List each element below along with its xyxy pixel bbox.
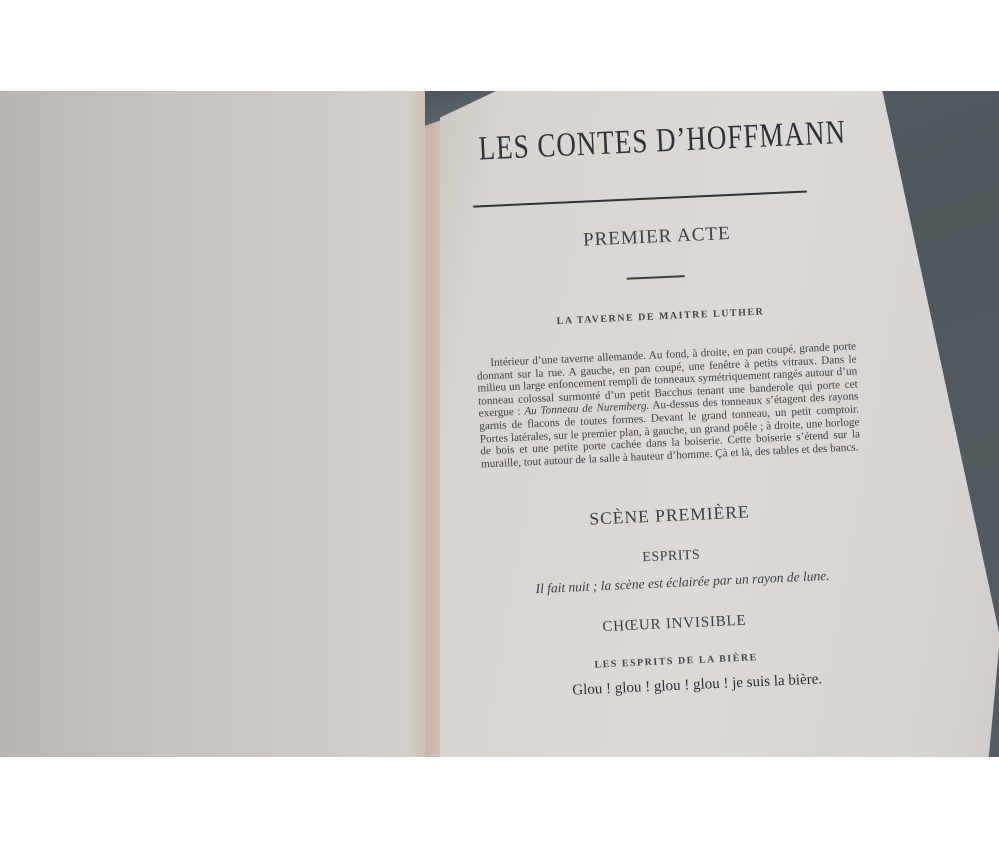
right-page-text: LES CONTES D’HOFFMANN PREMIER ACTE LA TA… — [440, 91, 990, 756]
book-photo: LES CONTES D’HOFFMANN PREMIER ACTE LA TA… — [0, 91, 999, 757]
setting-title: LA TAVERNE DE MAITRE LUTHER — [450, 302, 870, 332]
character-name-choeur: CHŒUR INVISIBLE — [464, 606, 884, 642]
running-head: LES CONTES D’HOFFMANN — [478, 113, 847, 168]
left-page-blank — [0, 91, 425, 757]
act-title: PREMIER ACTE — [447, 217, 868, 258]
scene-title: SCÈNE PREMIÈRE — [459, 496, 880, 536]
setting-description: Intérieur d’une taverne allemande. Au fo… — [476, 340, 861, 470]
act-title-rule — [627, 275, 685, 279]
running-head-rule — [473, 190, 807, 207]
